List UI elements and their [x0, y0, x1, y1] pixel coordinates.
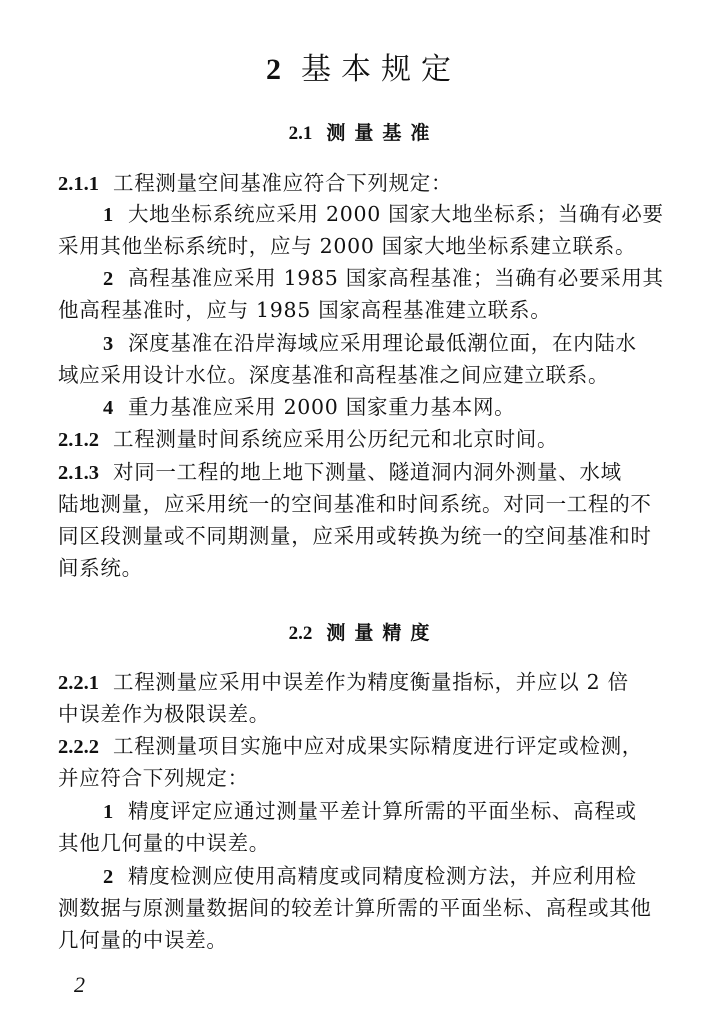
line-text: 几何量的中误差。	[58, 928, 228, 952]
section-title-text: 测量基准	[326, 122, 438, 144]
clause-number: 2.1.2	[58, 429, 99, 451]
clause-line: 2.1.2工程测量时间系统应采用公历纪元和北京时间。	[58, 424, 690, 456]
line-text: 他高程基准时，应与 1985 国家高程基准建立联系。	[58, 298, 551, 322]
text-line: 采用其他坐标系统时，应与 2000 国家大地坐标系建立联系。	[58, 231, 690, 262]
clause-line: 2.1.1工程测量空间基准应符合下列规定：	[58, 168, 690, 200]
line-text: 其他几何量的中误差。	[58, 831, 270, 855]
clause-line: 2.1.3对同一工程的地上地下测量、隧道洞内洞外测量、水域	[58, 457, 690, 489]
item-line: 2高程基准应采用 1985 国家高程基准；当确有必要采用其	[103, 263, 727, 295]
item-number: 2	[103, 866, 114, 888]
item-line: 3深度基准在沿岸海域应采用理论最低潮位面，在内陆水	[103, 328, 727, 360]
text-line: 同区段测量或不同期测量，应采用或转换为统一的空间基准和时	[58, 521, 690, 552]
document-page: 2基本规定 2.1测量基准 2.1.1工程测量空间基准应符合下列规定： 1大地坐…	[0, 0, 727, 1024]
line-text: 重力基准应采用 2000 国家重力基本网。	[128, 395, 515, 419]
text-line: 测数据与原测量数据间的较差计算所需的平面坐标、高程或其他	[58, 893, 690, 924]
line-text: 中误差作为极限误差。	[58, 702, 270, 726]
clause-line: 2.2.2工程测量项目实施中应对成果实际精度进行评定或检测，	[58, 731, 690, 763]
line-text: 工程测量项目实施中应对成果实际精度进行评定或检测，	[113, 734, 643, 758]
item-number: 3	[103, 333, 114, 355]
text-line: 其他几何量的中误差。	[58, 828, 690, 859]
line-text: 对同一工程的地上地下测量、隧道洞内洞外测量、水域	[113, 460, 622, 484]
line-text: 同区段测量或不同期测量，应采用或转换为统一的空间基准和时	[58, 524, 652, 548]
clause-number: 2.1.3	[58, 462, 99, 484]
line-text: 采用其他坐标系统时，应与 2000 国家大地坐标系建立联系。	[58, 234, 636, 258]
text-line: 并应符合下列规定：	[58, 763, 690, 794]
line-text: 高程基准应采用 1985 国家高程基准；当确有必要采用其	[128, 266, 664, 290]
line-text: 陆地测量，应采用统一的空间基准和时间系统。对同一工程的不	[58, 492, 652, 516]
line-text: 精度检测应使用高精度或同精度检测方法，并应利用检	[128, 864, 637, 888]
item-number: 2	[103, 268, 114, 290]
item-number: 1	[103, 204, 114, 226]
line-text: 精度评定应通过测量平差计算所需的平面坐标、高程或	[128, 799, 637, 823]
item-number: 1	[103, 801, 114, 823]
text-line: 陆地测量，应采用统一的空间基准和时间系统。对同一工程的不	[58, 489, 690, 520]
chapter-number: 2	[266, 53, 291, 86]
text-line: 他高程基准时，应与 1985 国家高程基准建立联系。	[58, 295, 690, 326]
text-line: 中误差作为极限误差。	[58, 699, 690, 730]
section-title-2-1: 2.1测量基准	[0, 118, 727, 145]
section-title-text: 测量精度	[326, 622, 438, 644]
clause-number: 2.1.1	[58, 173, 99, 195]
item-number: 4	[103, 397, 114, 419]
line-text: 深度基准在沿岸海域应采用理论最低潮位面，在内陆水	[128, 331, 637, 355]
item-line: 4重力基准应采用 2000 国家重力基本网。	[103, 392, 727, 424]
item-line: 1大地坐标系统应采用 2000 国家大地坐标系；当确有必要	[103, 199, 727, 231]
chapter-title: 2基本规定	[0, 44, 727, 88]
line-text: 域应采用设计水位。深度基准和高程基准之间应建立联系。	[58, 363, 609, 387]
item-line: 2精度检测应使用高精度或同精度检测方法，并应利用检	[103, 861, 727, 893]
text-line: 几何量的中误差。	[58, 925, 690, 956]
line-text: 间系统。	[58, 556, 143, 580]
chapter-title-text: 基本规定	[301, 52, 461, 87]
clause-number: 2.2.1	[58, 672, 99, 694]
section-number: 2.1	[289, 123, 313, 144]
line-text: 工程测量应采用中误差作为精度衡量指标，并应以 2 倍	[113, 670, 629, 694]
section-number: 2.2	[289, 623, 313, 644]
item-line: 1精度评定应通过测量平差计算所需的平面坐标、高程或	[103, 796, 727, 828]
line-text: 大地坐标系统应采用 2000 国家大地坐标系；当确有必要	[128, 202, 664, 226]
line-text: 工程测量空间基准应符合下列规定：	[113, 171, 452, 195]
clause-number: 2.2.2	[58, 736, 99, 758]
text-line: 域应采用设计水位。深度基准和高程基准之间应建立联系。	[58, 360, 690, 391]
line-text: 并应符合下列规定：	[58, 766, 249, 790]
page-number: 2	[74, 972, 85, 998]
line-text: 工程测量时间系统应采用公历纪元和北京时间。	[113, 427, 558, 451]
line-text: 测数据与原测量数据间的较差计算所需的平面坐标、高程或其他	[58, 896, 652, 920]
text-line: 间系统。	[58, 553, 690, 584]
section-title-2-2: 2.2测量精度	[0, 618, 727, 645]
clause-line: 2.2.1工程测量应采用中误差作为精度衡量指标，并应以 2 倍	[58, 667, 690, 699]
